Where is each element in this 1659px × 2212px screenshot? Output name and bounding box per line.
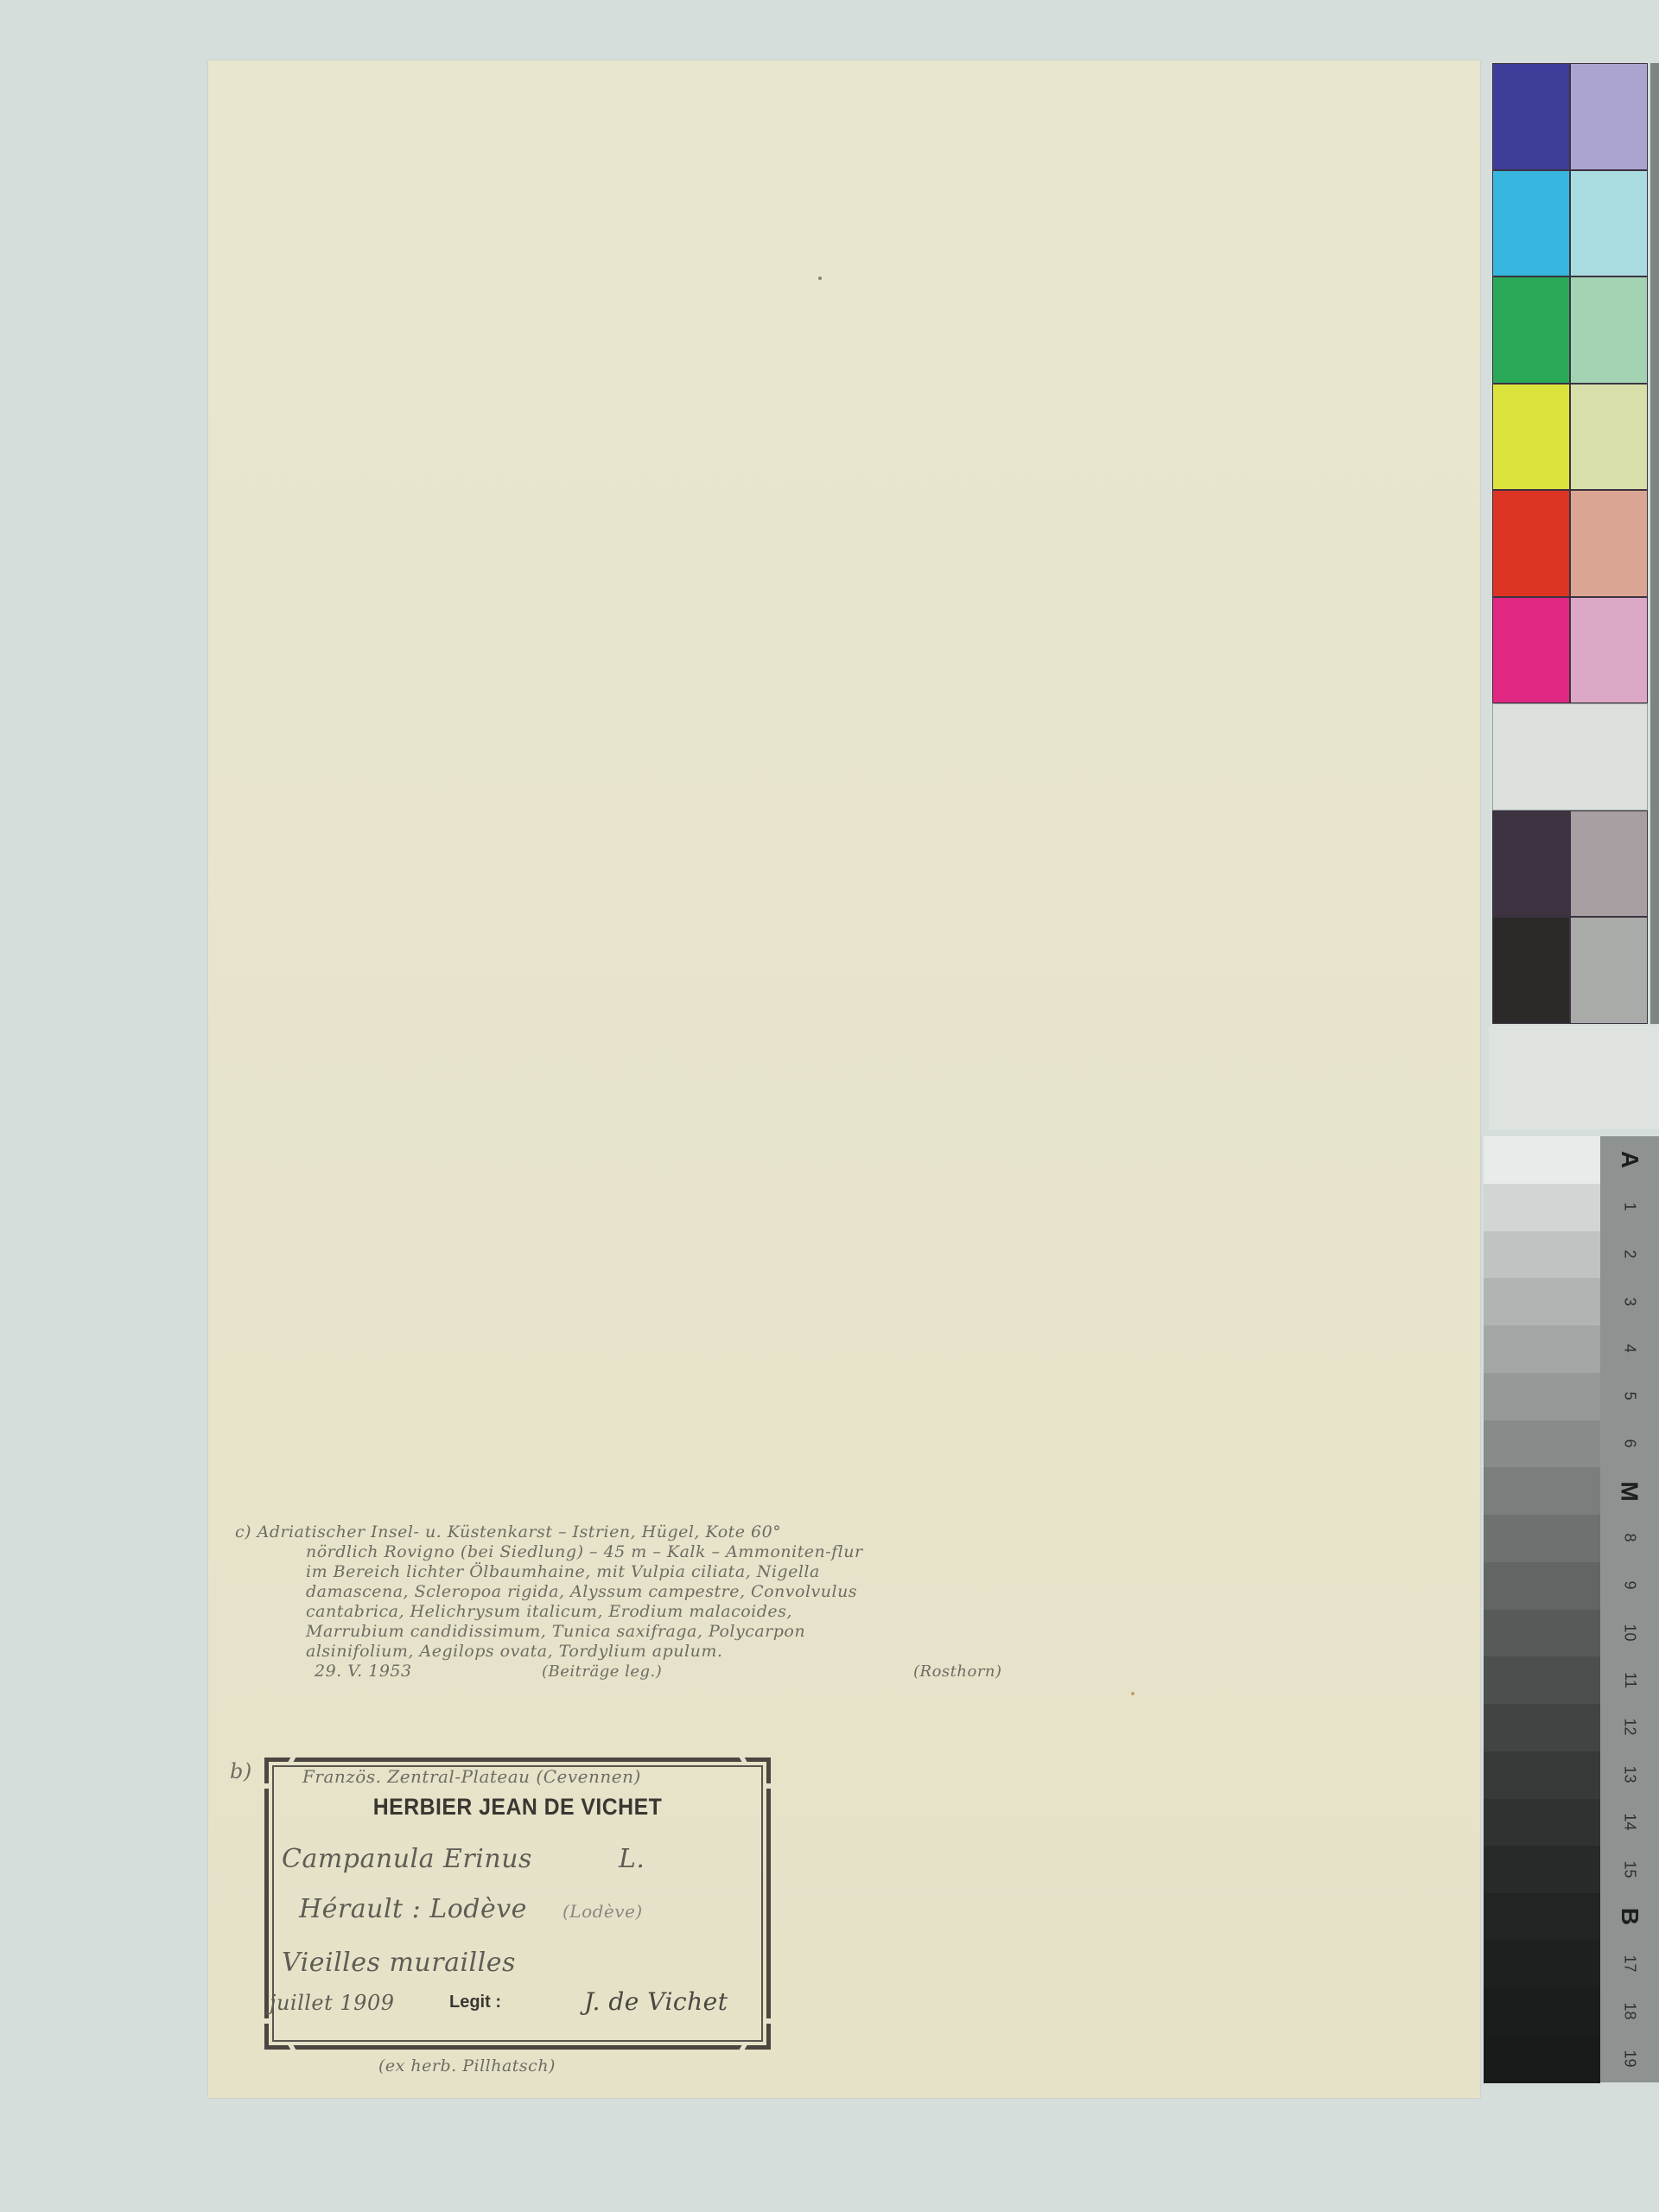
grey-step [1484, 1373, 1600, 1421]
label-locality: Hérault : Lodève [299, 1894, 527, 1924]
grey-step-label: 13 [1600, 1765, 1659, 1783]
grey-step-label: 5 [1600, 1387, 1659, 1405]
label-author: L. [619, 1844, 645, 1874]
grey-step [1484, 1704, 1600, 1751]
label-footer: (ex herb. Pillhatsch) [378, 2056, 556, 2075]
grey-step-label: 1 [1600, 1198, 1659, 1216]
grey-step-label: 11 [1600, 1671, 1659, 1689]
note-line: nördlich Rovigno (bei Siedlung) – 45 m –… [306, 1542, 1205, 1562]
herbarium-label: Französ. Zentral-Plateau (Cevennen) HERB… [264, 1758, 771, 2050]
label-signature: J. de Vichet [584, 1987, 728, 2016]
paper-speck [818, 276, 822, 280]
grey-step [1484, 1656, 1600, 1704]
grey-step-label: A [1600, 1146, 1659, 1173]
color-swatch-dark [1492, 490, 1570, 597]
frame-corner-gap [264, 2018, 271, 2024]
grey-step [1484, 1515, 1600, 1562]
grey-step [1484, 1325, 1600, 1373]
frame-corner-gap [764, 2018, 771, 2024]
note-date: 29. V. 1953 [315, 1662, 412, 1681]
label-prefix: b) [230, 1759, 252, 1783]
grey-step [1484, 1751, 1600, 1799]
grey-step-label: 2 [1600, 1245, 1659, 1263]
grey-step [1484, 1421, 1600, 1468]
color-swatch-light [1570, 597, 1648, 704]
color-swatch-dark [1492, 63, 1570, 170]
grey-step-label: 15 [1600, 1860, 1659, 1878]
color-chart-base [1489, 1026, 1659, 1129]
color-swatch-dark [1492, 170, 1570, 277]
color-swatch-light [1570, 810, 1648, 918]
grey-step [1484, 1846, 1600, 1893]
grey-step-label: 3 [1600, 1293, 1659, 1311]
grey-scale-rail [1600, 1136, 1659, 2082]
note-line: im Bereich lichter Ölbaumhaine, mit Vulp… [306, 1562, 1205, 1582]
label-locality-note: (Lodève) [563, 1901, 643, 1922]
note-determiner: (Rosthorn) [913, 1662, 1002, 1681]
color-swatch-dark [1492, 810, 1570, 918]
color-swatch-light [1570, 170, 1648, 277]
color-swatch-dark [1492, 276, 1570, 384]
grey-step-label: 6 [1600, 1434, 1659, 1452]
grey-step [1484, 1799, 1600, 1847]
color-swatch-light [1570, 917, 1648, 1024]
paper-speck [1131, 1692, 1135, 1695]
grey-step-label: 12 [1600, 1718, 1659, 1736]
color-swatch-dark [1492, 384, 1570, 491]
note-line: alsinifolium, Aegilops ovata, Tordylium … [306, 1642, 1205, 1662]
grey-step [1484, 2035, 1600, 2082]
grey-step-label: 10 [1600, 1624, 1659, 1642]
note-collector: (Beiträge leg.) [542, 1662, 662, 1681]
color-swatch-light [1570, 384, 1648, 491]
label-legit: Legit : [449, 1993, 501, 2012]
grey-scale: A123456M89101112131415B171819 [1484, 1136, 1659, 2082]
label-printed-title: HERBIER JEAN DE VICHET [284, 1794, 750, 1821]
grey-step-label: 14 [1600, 1813, 1659, 1831]
grey-step [1484, 1467, 1600, 1515]
grey-step-label: B [1600, 1903, 1659, 1930]
grey-step [1484, 1136, 1600, 1184]
color-swatch-dark [1492, 597, 1570, 704]
note-footer-row: 29. V. 1953 (Beiträge leg.) (Rosthorn) [235, 1662, 1134, 1684]
note-line: cantabrica, Helichrysum italicum, Erodiu… [306, 1602, 1205, 1622]
frame-corner-gap [764, 1783, 771, 1789]
handwritten-note: c) Adriatischer Insel- u. Küstenkarst – … [235, 1522, 1134, 1684]
grey-step-label: 4 [1600, 1339, 1659, 1357]
note-line: c) Adriatischer Insel- u. Küstenkarst – … [235, 1522, 1134, 1542]
label-region-header: Französ. Zentral-Plateau (Cevennen) [302, 1766, 641, 1787]
grey-step [1484, 1610, 1600, 1657]
color-chart [1492, 63, 1659, 1024]
color-swatch-light [1570, 63, 1648, 170]
color-swatch-light [1570, 490, 1648, 597]
grey-step-label: 19 [1600, 2050, 1659, 2068]
grey-step [1484, 1231, 1600, 1279]
grey-step [1484, 1988, 1600, 2036]
grey-step [1484, 1184, 1600, 1231]
grey-step [1484, 1941, 1600, 1988]
label-habitat: Vieilles murailles [282, 1948, 516, 1978]
grey-step-label: 8 [1600, 1529, 1659, 1547]
color-swatch-white [1492, 703, 1648, 810]
note-line: damascena, Scleropoa rigida, Alyssum cam… [306, 1582, 1205, 1602]
label-date: juillet 1909 [270, 1991, 394, 2015]
label-species: Campanula Erinus [282, 1844, 532, 1874]
grey-step [1484, 1562, 1600, 1610]
grey-step-label: 17 [1600, 1955, 1659, 1973]
color-swatch-dark [1492, 917, 1570, 1024]
grey-step-label: 9 [1600, 1576, 1659, 1594]
grey-step-label: M [1600, 1478, 1659, 1505]
grey-step [1484, 1893, 1600, 1941]
frame-corner-gap [264, 1783, 271, 1789]
color-swatch-light [1570, 276, 1648, 384]
note-line: Marrubium candidissimum, Tunica saxifrag… [306, 1622, 1205, 1642]
grey-step-label: 18 [1600, 2002, 1659, 2020]
grey-step [1484, 1278, 1600, 1325]
